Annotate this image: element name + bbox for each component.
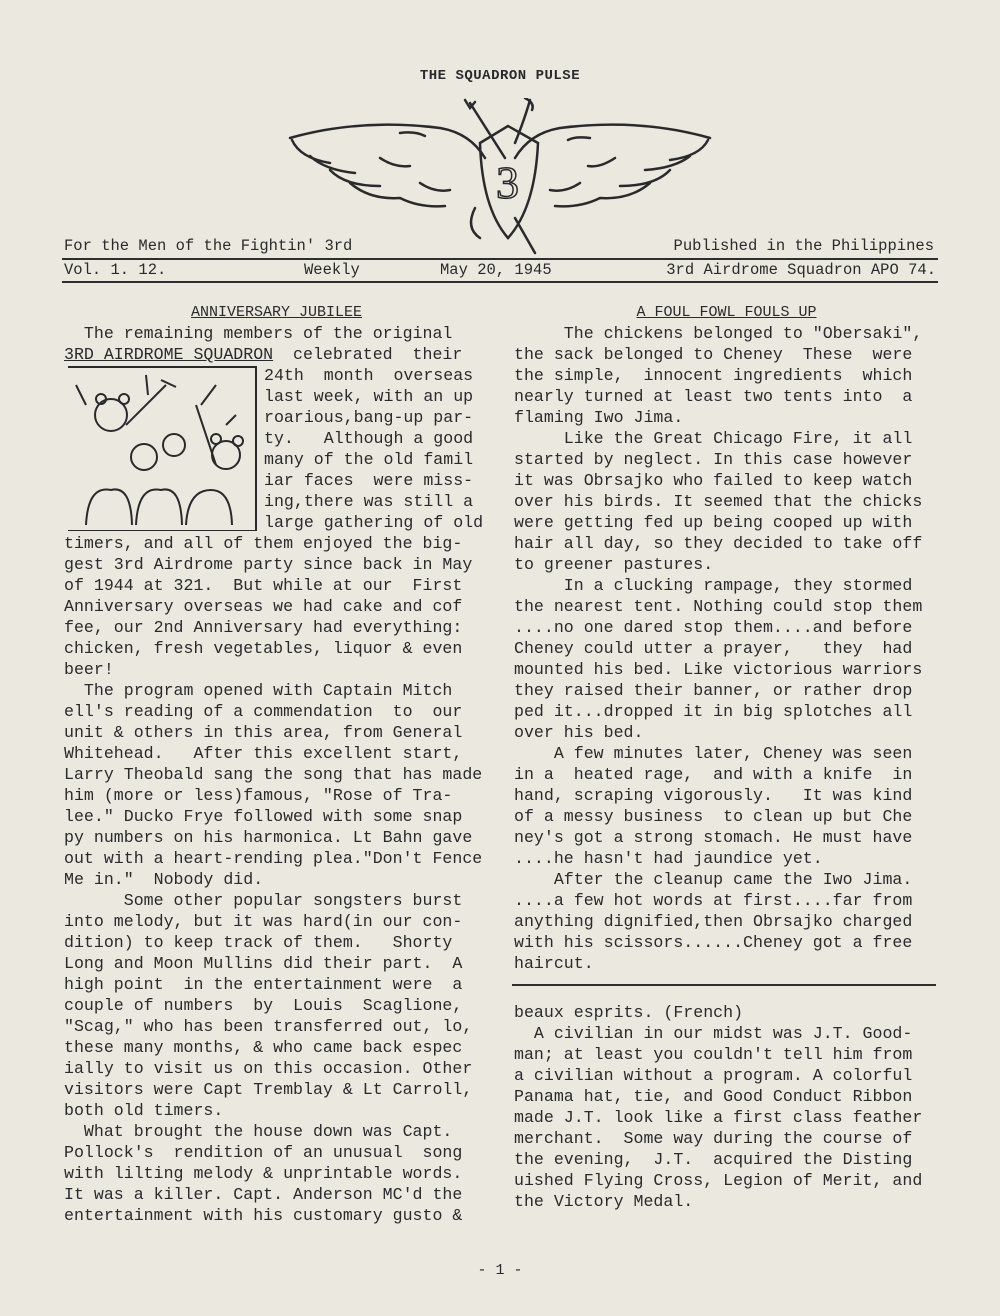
- cheering-crowd-cartoon-icon: [66, 365, 258, 531]
- article-line: lee." Ducko Frye followed with some snap: [64, 806, 489, 827]
- volume-number: Vol. 1. 12.: [64, 261, 166, 279]
- article-body: beaux esprits. (French) A civilian in ou…: [514, 1002, 939, 1212]
- article-line: Me in." Nobody did.: [64, 869, 489, 890]
- article-line: ney's got a strong stomach. He must have: [514, 827, 939, 848]
- article-line: into melody, but it was hard(in our con-: [64, 911, 489, 932]
- article-line: hair all day, so they decided to take of…: [514, 533, 939, 554]
- article-line: fee, our 2nd Anniversary had everything:: [64, 617, 489, 638]
- article-line: haircut.: [514, 953, 939, 974]
- article-line: What brought the house down was Capt.: [64, 1121, 489, 1142]
- article-line: A few minutes later, Cheney was seen: [514, 743, 939, 764]
- article-line: man; at least you couldn't tell him from: [514, 1044, 939, 1065]
- article-line: him (more or less)famous, "Rose of Tra-: [64, 785, 489, 806]
- article-line: the nearest tent. Nothing could stop the…: [514, 596, 939, 617]
- article-continuation: beaux esprits. (French) A civilian in ou…: [514, 1002, 939, 1212]
- article-line: Panama hat, tie, and Good Conduct Ribbon: [514, 1086, 939, 1107]
- article-line: both old timers.: [64, 1100, 489, 1121]
- article-line: with lilting melody & unprintable words.: [64, 1163, 489, 1184]
- article-line: they raised their banner, or rather drop: [514, 680, 939, 701]
- tagline-right: Published in the Philippines: [674, 237, 934, 255]
- article-line: ially to visit us on this occasion. Othe…: [64, 1058, 489, 1079]
- masthead-rule-bottom: [62, 281, 938, 283]
- article-line: anything dignified,then Obrsajko charged: [514, 911, 939, 932]
- article-line: The remaining members of the original: [64, 323, 489, 344]
- article-line: the simple, innocent ingredients which: [514, 365, 939, 386]
- article-headline: A FOUL FOWL FOULS UP: [514, 302, 939, 323]
- article-line: iar faces were miss-: [264, 470, 483, 491]
- article-line: over his birds. It seemed that the chick…: [514, 491, 939, 512]
- winged-shield-3-icon: 3: [270, 98, 730, 258]
- article-line: made J.T. look like a first class feathe…: [514, 1107, 939, 1128]
- article-line: Anniversary overseas we had cake and cof: [64, 596, 489, 617]
- article-line: 3RD AIRDROME SQUADRON celebrated their: [64, 344, 489, 365]
- article-line: ty. Although a good: [264, 428, 483, 449]
- article-line: The chickens belonged to "Obersaki",: [514, 323, 939, 344]
- article-headline: ANNIVERSARY JUBILEE: [64, 302, 489, 323]
- article-body: The chickens belonged to "Obersaki",the …: [514, 323, 939, 974]
- unit-address: 3rd Airdrome Squadron APO 74.: [666, 261, 936, 279]
- article-line: Whitehead. After this excellent start,: [64, 743, 489, 764]
- article-line: merchant. Some way during the course of: [514, 1128, 939, 1149]
- article-anniversary-jubilee: ANNIVERSARY JUBILEE The remaining member…: [64, 302, 489, 1226]
- article-line: timers, and all of them enjoyed the big-: [64, 533, 489, 554]
- article-line: ....no one dared stop them....and before: [514, 617, 939, 638]
- article-line: couple of numbers by Louis Scaglione,: [64, 995, 489, 1016]
- article-line: entertainment with his customary gusto &: [64, 1205, 489, 1226]
- article-line: nearly turned at least two tents into a: [514, 386, 939, 407]
- article-line: py numbers on his harmonica. Lt Bahn gav…: [64, 827, 489, 848]
- article-line: A civilian in our midst was J.T. Good-: [514, 1023, 939, 1044]
- article-line: visitors were Capt Tremblay & Lt Carroll…: [64, 1079, 489, 1100]
- article-line: Like the Great Chicago Fire, it all: [514, 428, 939, 449]
- article-body: timers, and all of them enjoyed the big-…: [64, 533, 489, 1226]
- cartoon-block: 24th month overseas last week, with an u…: [64, 365, 489, 533]
- article-line: roarious,bang-up par-: [264, 407, 483, 428]
- article-line: Some other popular songsters burst: [64, 890, 489, 911]
- article-line: ped it...dropped it in big splotches all: [514, 701, 939, 722]
- article-line: beer!: [64, 659, 489, 680]
- article-line: out with a heart-rending plea."Don't Fen…: [64, 848, 489, 869]
- article-line: these many months, & who came back espec: [64, 1037, 489, 1058]
- article-line: chicken, fresh vegetables, liquor & even: [64, 638, 489, 659]
- article-line: Long and Moon Mullins did their part. A: [64, 953, 489, 974]
- article-line: beaux esprits. (French): [514, 1002, 939, 1023]
- article-line: hand, scraping vigorously. It was kind: [514, 785, 939, 806]
- article-line: flaming Iwo Jima.: [514, 407, 939, 428]
- wrapped-text: 24th month overseas last week, with an u…: [264, 365, 483, 533]
- article-line: with his scissors......Cheney got a free: [514, 932, 939, 953]
- article-line: unit & others in this area, from General: [64, 722, 489, 743]
- article-line: the evening, J.T. acquired the Disting: [514, 1149, 939, 1170]
- unit-name: 3RD AIRDROME SQUADRON: [64, 345, 273, 364]
- article-line: In a clucking rampage, they stormed: [514, 575, 939, 596]
- article-line: "Scag," who has been transferred out, lo…: [64, 1016, 489, 1037]
- article-line: over his bed.: [514, 722, 939, 743]
- article-line: 24th month overseas: [264, 365, 483, 386]
- article-line: ....a few hot words at first....far from: [514, 890, 939, 911]
- article-line: to greener pastures.: [514, 554, 939, 575]
- article-line: The program opened with Captain Mitch: [64, 680, 489, 701]
- article-line: of 1944 at 321. But while at our First: [64, 575, 489, 596]
- article-line: large gathering of old: [264, 512, 483, 533]
- article-line: were getting fed up being cooped up with: [514, 512, 939, 533]
- article-line: the sack belonged to Cheney These were: [514, 344, 939, 365]
- issue-date: May 20, 1945: [440, 261, 552, 279]
- article-line: last week, with an up: [264, 386, 483, 407]
- article-foul-fowl: A FOUL FOWL FOULS UP The chickens belong…: [514, 302, 939, 974]
- article-line: in a heated rage, and with a knife in: [514, 764, 939, 785]
- article-line: ing,there was still a: [264, 491, 483, 512]
- article-line: high point in the entertainment were a: [64, 974, 489, 995]
- article-line: Larry Theobald sang the song that has ma…: [64, 764, 489, 785]
- article-line: a civilian without a program. A colorful: [514, 1065, 939, 1086]
- article-line: ell's reading of a commendation to our: [64, 701, 489, 722]
- publication-frequency: Weekly: [304, 261, 360, 279]
- article-divider: [512, 984, 936, 986]
- article-line: dition) to keep track of them. Shorty: [64, 932, 489, 953]
- article-line: started by neglect. In this case however: [514, 449, 939, 470]
- page-number: - 1 -: [0, 1262, 1000, 1279]
- article-line: It was a killer. Capt. Anderson MC'd the: [64, 1184, 489, 1205]
- article-line: After the cleanup came the Iwo Jima.: [514, 869, 939, 890]
- article-line: it was Obrsajko who failed to keep watch: [514, 470, 939, 491]
- svg-text:3: 3: [496, 157, 519, 208]
- article-line: of a messy business to clean up but Che: [514, 806, 939, 827]
- article-line: mounted his bed. Like victorious warrior…: [514, 659, 939, 680]
- article-line: Pollock's rendition of an unusual song: [64, 1142, 489, 1163]
- newsletter-title: THE SQUADRON PULSE: [0, 68, 1000, 84]
- article-line: Cheney could utter a prayer, they had: [514, 638, 939, 659]
- article-line: ....he hasn't had jaundice yet.: [514, 848, 939, 869]
- article-line: gest 3rd Airdrome party since back in Ma…: [64, 554, 489, 575]
- masthead-rule-top: [62, 258, 938, 260]
- article-line: the Victory Medal.: [514, 1191, 939, 1212]
- article-line: uished Flying Cross, Legion of Merit, an…: [514, 1170, 939, 1191]
- tagline-left: For the Men of the Fightin' 3rd: [64, 237, 352, 255]
- article-line: many of the old famil: [264, 449, 483, 470]
